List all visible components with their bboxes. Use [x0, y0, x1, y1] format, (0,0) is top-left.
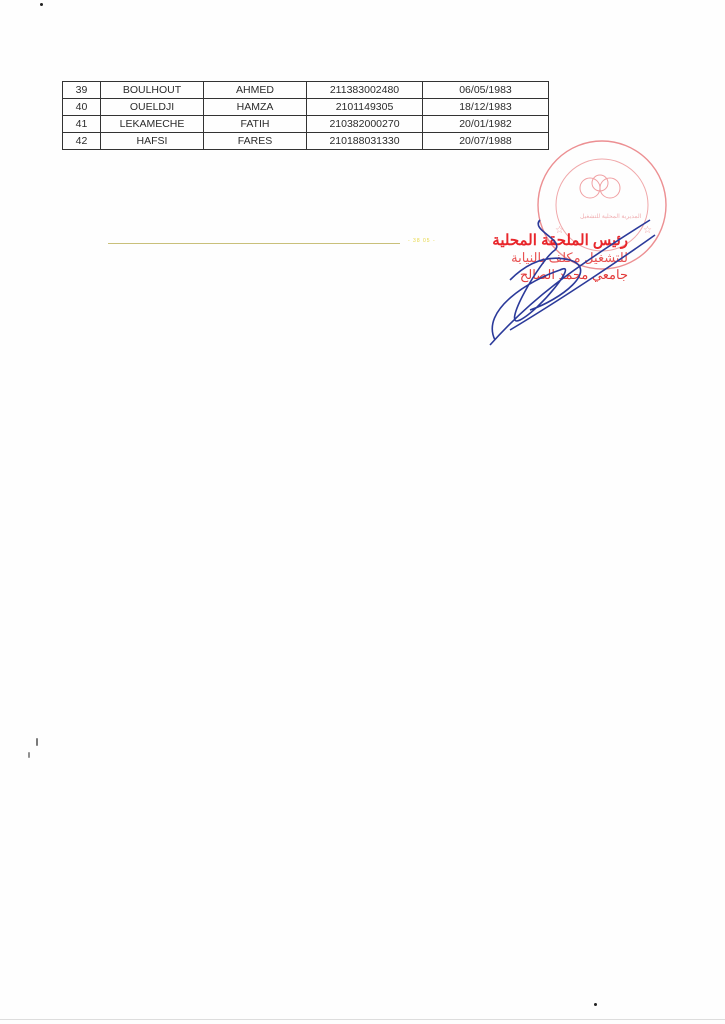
scan-speck: [28, 752, 30, 758]
cell-id: 210382000270: [307, 116, 423, 133]
cell-num: 40: [63, 99, 101, 116]
cell-dob: 18/12/1983: [423, 99, 549, 116]
cell-id: 210188031330: [307, 133, 423, 150]
document-page: 39BOULHOUTAHMED21138300248006/05/198340O…: [0, 0, 725, 1024]
cell-last-name: OUELDJI: [101, 99, 204, 116]
cell-num: 42: [63, 133, 101, 150]
table-row: 42HAFSIFARES21018803133020/07/1988: [63, 133, 549, 150]
cell-first-name: AHMED: [204, 82, 307, 99]
scan-speck: [40, 3, 43, 6]
cell-id: 211383002480: [307, 82, 423, 99]
table-row: 39BOULHOUTAHMED21138300248006/05/1983: [63, 82, 549, 99]
cell-id: 2101149305: [307, 99, 423, 116]
cell-first-name: FATIH: [204, 116, 307, 133]
cell-dob: 20/01/1982: [423, 116, 549, 133]
cell-first-name: HAMZA: [204, 99, 307, 116]
table-row: 40OUELDJIHAMZA210114930518/12/1983: [63, 99, 549, 116]
cell-dob: 06/05/1983: [423, 82, 549, 99]
signature: [470, 200, 670, 350]
cell-num: 39: [63, 82, 101, 99]
cell-dob: 20/07/1988: [423, 133, 549, 150]
cell-num: 41: [63, 116, 101, 133]
divider-mark: - 38 05 -: [408, 238, 436, 244]
divider-line: [108, 243, 400, 244]
scan-edge: [0, 1019, 725, 1020]
scan-speck: [36, 738, 38, 746]
scan-speck: [594, 1003, 597, 1006]
cell-last-name: LEKAMECHE: [101, 116, 204, 133]
roster-table: 39BOULHOUTAHMED21138300248006/05/198340O…: [62, 81, 549, 150]
cell-last-name: BOULHOUT: [101, 82, 204, 99]
cell-last-name: HAFSI: [101, 133, 204, 150]
cell-first-name: FARES: [204, 133, 307, 150]
table-row: 41LEKAMECHEFATIH21038200027020/01/1982: [63, 116, 549, 133]
